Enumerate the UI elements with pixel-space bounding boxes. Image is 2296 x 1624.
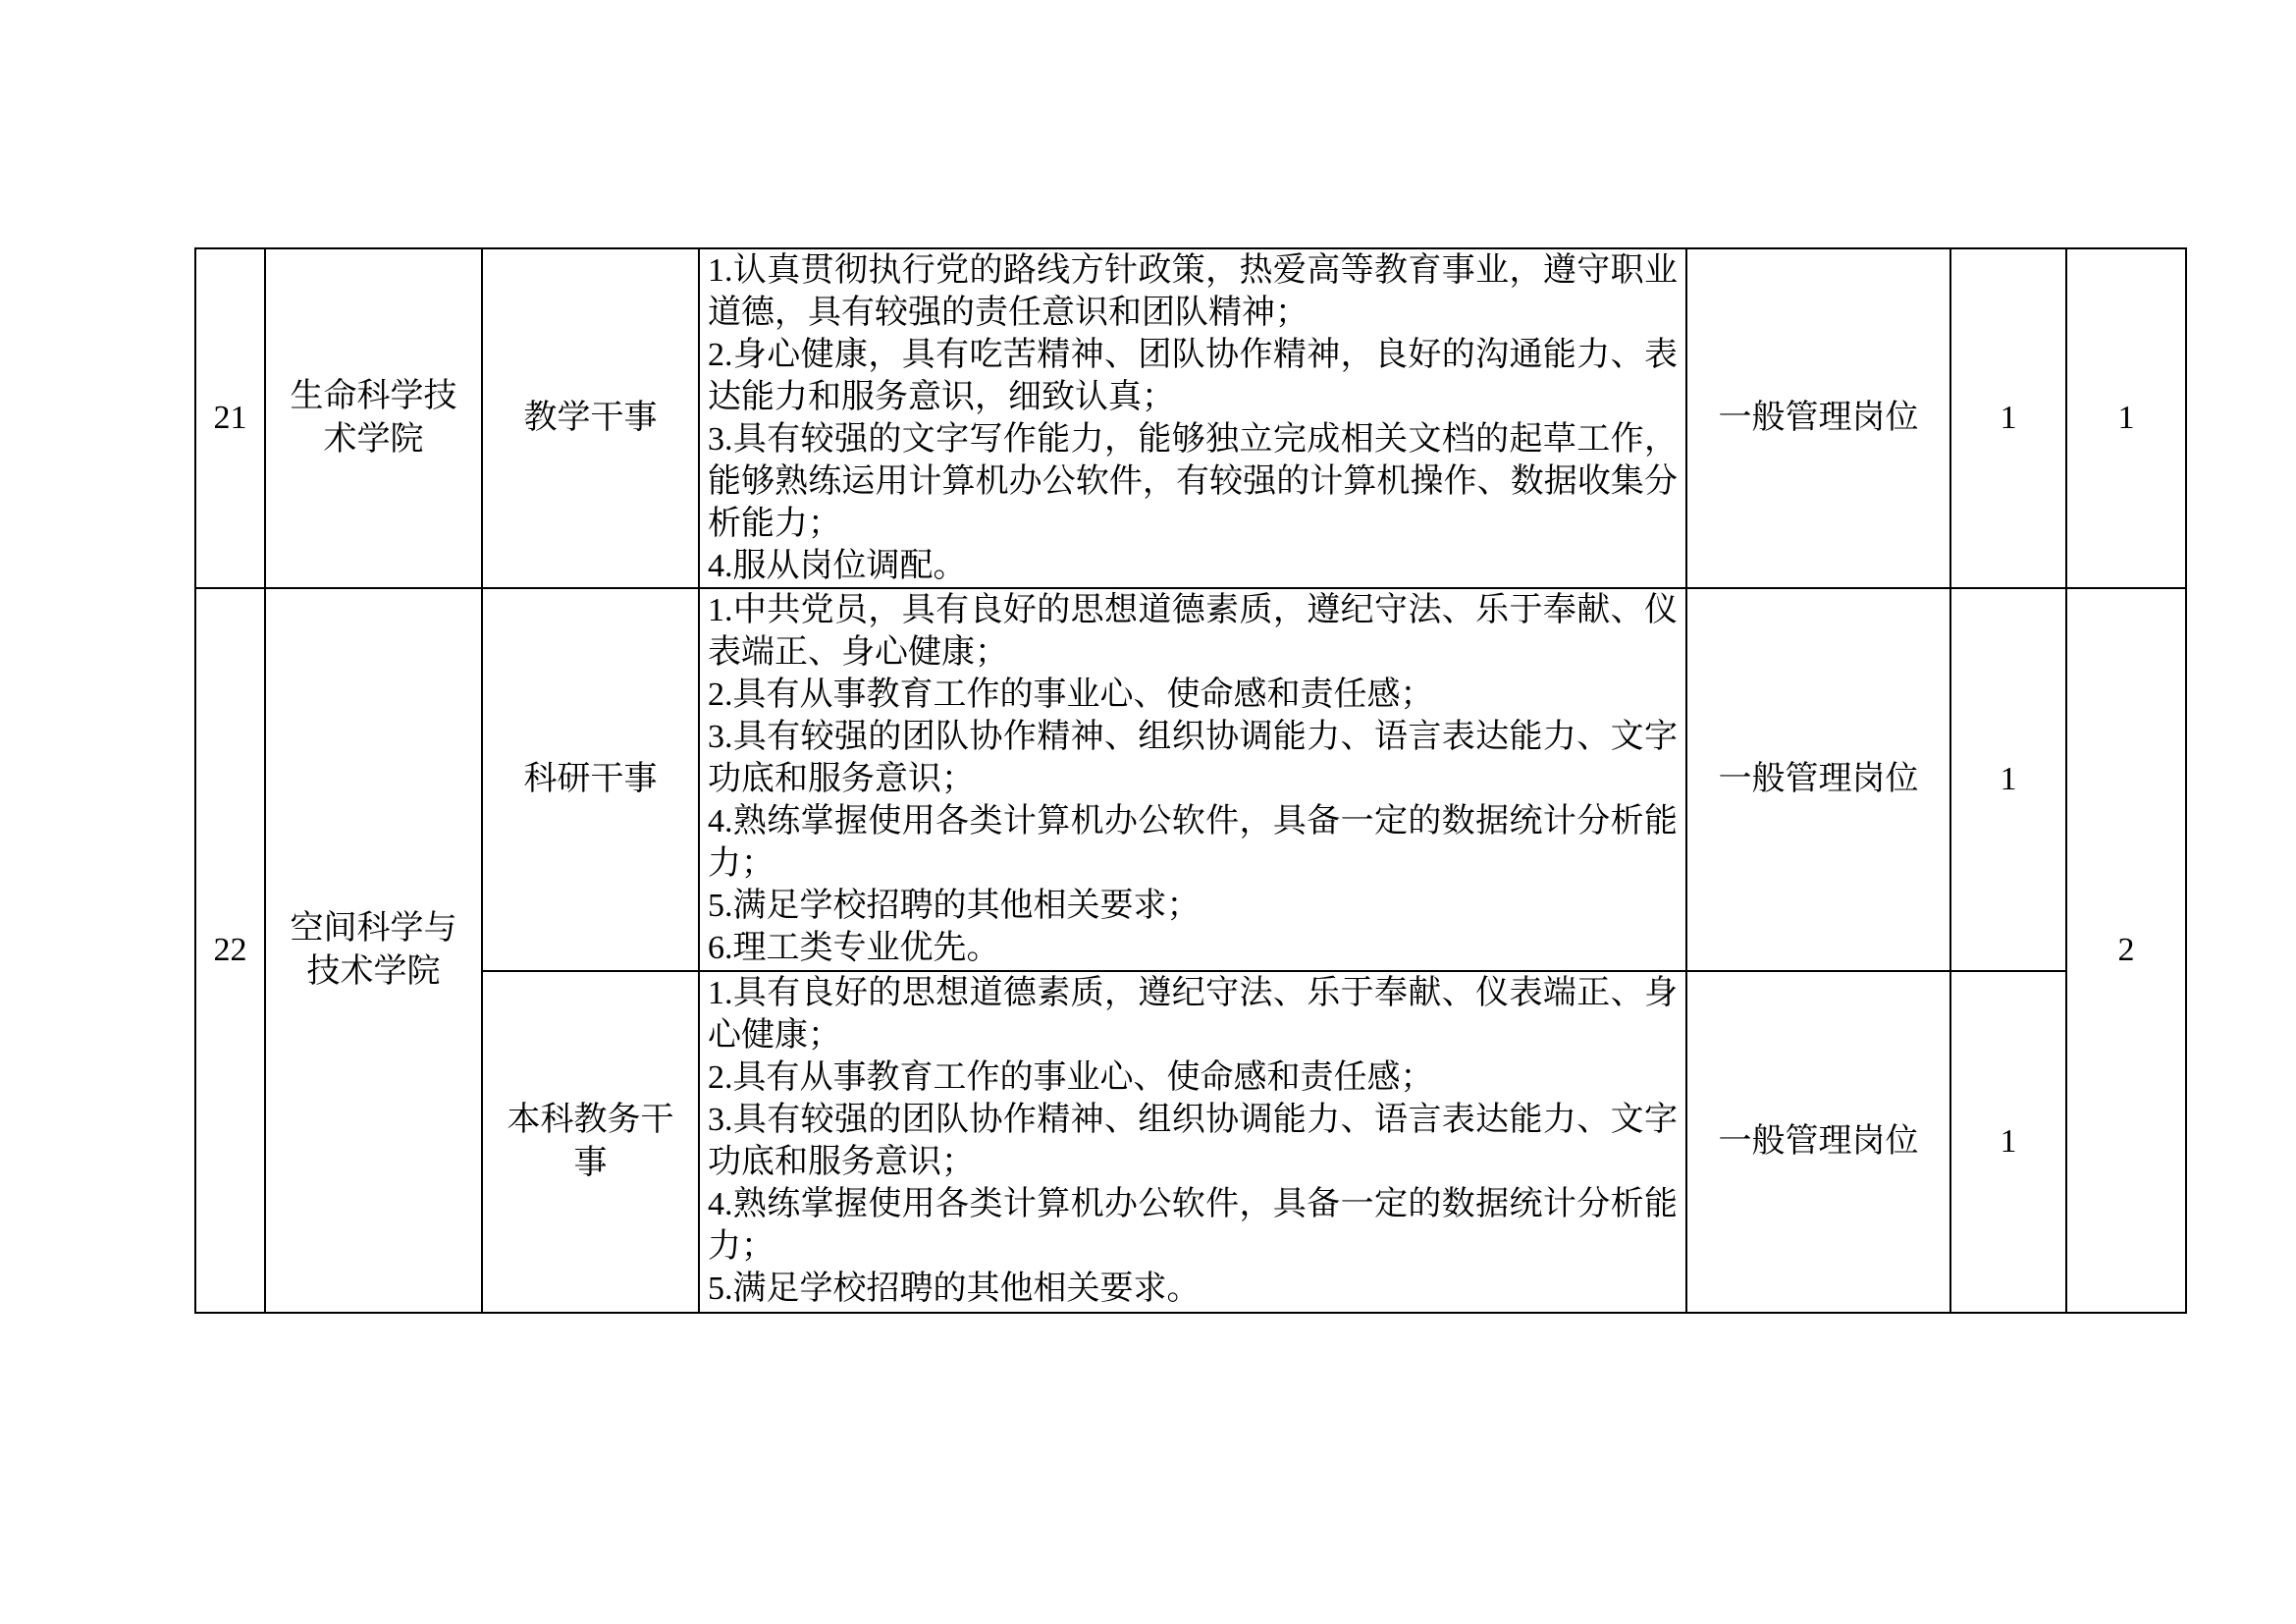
text-line: 技术学院 — [307, 950, 441, 994]
headcount-cell: 1 — [1951, 972, 2067, 1312]
text-line: 4.熟练掌握使用各类计算机办公软件，具备一定的数据统计分析能 — [708, 1183, 1678, 1225]
text-line: 5.满足学校招聘的其他相关要求； — [708, 885, 1678, 927]
headcount-cell: 1 — [1951, 249, 2067, 589]
recruitment-positions-table: 21 生命科学技术学院 教学干事 1.认真贯彻执行党的路线方针政策，热爱高等教育… — [194, 247, 2187, 1314]
text-line: 道德，具有较强的责任意识和团队精神； — [708, 292, 1678, 334]
text-line: 力； — [708, 1225, 1678, 1268]
text-line: 2.具有从事教育工作的事业心、使命感和责任感； — [708, 674, 1678, 716]
text-line: 2.具有从事教育工作的事业心、使命感和责任感； — [708, 1056, 1678, 1099]
text-line: 2.身心健康，具有吃苦精神、团队协作精神，良好的沟通能力、表 — [708, 334, 1678, 376]
text-line: 析能力； — [708, 503, 1678, 545]
text-line: 表端正、身心健康； — [708, 631, 1678, 674]
row-number-cell: 21 — [196, 249, 266, 589]
row-number-cell: 22 — [196, 589, 266, 1312]
text-line: 本科教务干 — [507, 1099, 674, 1142]
text-line: 能够熟练运用计算机办公软件，有较强的计算机操作、数据收集分 — [708, 460, 1678, 503]
text-line: 1.具有良好的思想道德素质，遵纪守法、乐于奉献、仪表端正、身 — [708, 972, 1678, 1014]
text-line: 6.理工类专业优先。 — [708, 927, 1678, 969]
text-line: 教学干事 — [524, 397, 658, 440]
text-line: 科研干事 — [524, 758, 658, 801]
position-name-cell: 本科教务干事 — [483, 972, 700, 1312]
position-name-cell: 教学干事 — [483, 249, 700, 589]
text-line: 4.服从岗位调配。 — [708, 545, 1678, 587]
text-line: 1.认真贯彻执行党的路线方针政策，热爱高等教育事业，遵守职业 — [708, 249, 1678, 292]
text-line: 力； — [708, 842, 1678, 885]
headcount-cell: 1 — [1951, 589, 2067, 972]
text-line: 术学院 — [324, 418, 424, 461]
post-type-cell: 一般管理岗位 — [1687, 249, 1951, 589]
requirements-cell: 1.中共党员，具有良好的思想道德素质，遵纪守法、乐于奉献、仪表端正、身心健康；2… — [700, 589, 1687, 972]
text-line: 达能力和服务意识，细致认真； — [708, 376, 1678, 418]
post-type-cell: 一般管理岗位 — [1687, 972, 1951, 1312]
text-line: 功底和服务意识； — [708, 758, 1678, 800]
college-cell: 空间科学与技术学院 — [266, 589, 483, 1312]
text-line: 4.熟练掌握使用各类计算机办公软件，具备一定的数据统计分析能 — [708, 800, 1678, 842]
text-line: 1.中共党员，具有良好的思想道德素质，遵纪守法、乐于奉献、仪 — [708, 589, 1678, 631]
text-line: 5.满足学校招聘的其他相关要求。 — [708, 1268, 1678, 1310]
text-line: 3.具有较强的团队协作精神、组织协调能力、语言表达能力、文字 — [708, 1099, 1678, 1141]
text-line: 3.具有较强的文字写作能力，能够独立完成相关文档的起草工作， — [708, 418, 1678, 460]
total-cell: 2 — [2067, 589, 2185, 1312]
text-line: 空间科学与 — [291, 907, 457, 950]
text-line: 功底和服务意识； — [708, 1141, 1678, 1183]
requirements-cell: 1.具有良好的思想道德素质，遵纪守法、乐于奉献、仪表端正、身心健康；2.具有从事… — [700, 972, 1687, 1312]
college-cell: 生命科学技术学院 — [266, 249, 483, 589]
total-cell: 1 — [2067, 249, 2185, 589]
position-name-cell: 科研干事 — [483, 589, 700, 972]
text-line: 心健康； — [708, 1014, 1678, 1056]
text-line: 3.具有较强的团队协作精神、组织协调能力、语言表达能力、文字 — [708, 716, 1678, 758]
text-line: 生命科学技 — [291, 375, 457, 418]
post-type-cell: 一般管理岗位 — [1687, 589, 1951, 972]
requirements-cell: 1.认真贯彻执行党的路线方针政策，热爱高等教育事业，遵守职业道德，具有较强的责任… — [700, 249, 1687, 589]
text-line: 事 — [574, 1142, 608, 1185]
